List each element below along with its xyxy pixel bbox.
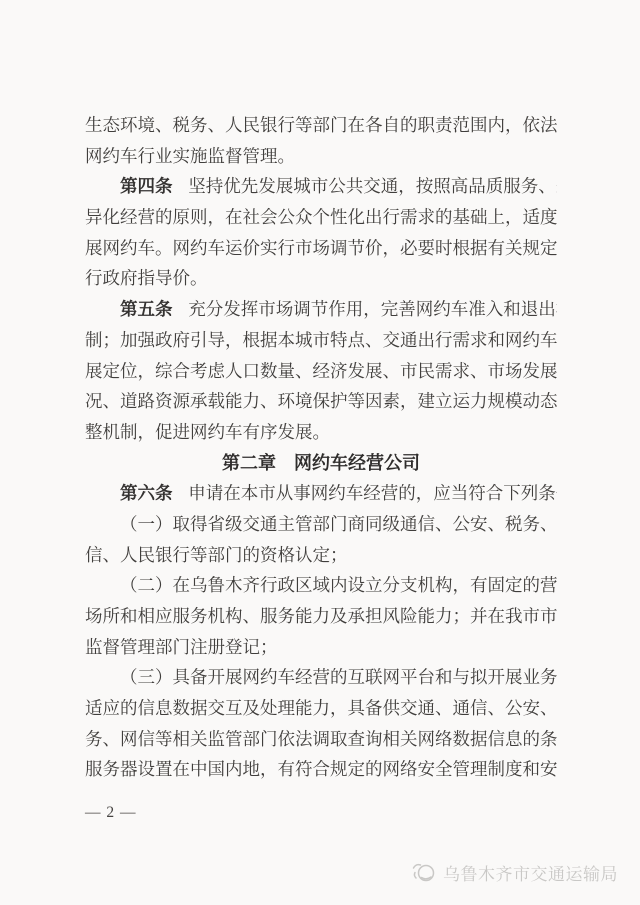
text-line: 适应的信息数据交互及处理能力，具备供交通、通信、公安、税 xyxy=(85,693,557,724)
document-lines: 生态环境、税务、人民银行等部门在各自的职责范围内，依法对网约车行业实施监督管理。… xyxy=(85,110,557,785)
document-page: 生态环境、税务、人民银行等部门在各自的职责范围内，依法对网约车行业实施监督管理。… xyxy=(0,0,640,905)
document-body: 生态环境、税务、人民银行等部门在各自的职责范围内，依法对网约车行业实施监督管理。… xyxy=(85,110,557,785)
watermark-text: 乌鲁木齐市交通运输局 xyxy=(443,860,618,885)
article-label: 第六条 xyxy=(120,483,173,503)
text-line: 务、网信等相关监管部门依法调取查询相关网络数据信息的条件， xyxy=(85,724,557,755)
page-number: — 2 — xyxy=(85,804,137,822)
text-line: 展定位，综合考虑人口数量、经济发展、市民需求、市场发展状 xyxy=(85,356,557,387)
text-line: 异化经营的原则，在社会公众个性化出行需求的基础上，适度发 xyxy=(85,202,557,233)
text-line: 第四条坚持优先发展城市公共交通，按照高品质服务、差 xyxy=(85,171,557,202)
chapter-heading: 第二章 网约车经营公司 xyxy=(85,448,557,479)
text-line: 第六条申请在本市从事网约车经营的，应当符合下列条件： xyxy=(85,478,557,509)
line-text: 坚持优先发展城市公共交通，按照高品质服务、差 xyxy=(188,176,557,196)
text-line: 监督管理部门注册登记； xyxy=(85,632,557,663)
text-line: 服务器设置在中国内地，有符合规定的网络安全管理制度和安全 xyxy=(85,754,557,785)
text-line: 生态环境、税务、人民银行等部门在各自的职责范围内，依法对 xyxy=(85,110,557,141)
bureau-logo-icon xyxy=(411,861,438,884)
footer-watermark: 乌鲁木齐市交通运输局 xyxy=(411,860,618,885)
text-line: 场所和相应服务机构、服务能力及承担风险能力；并在我市市场 xyxy=(85,601,557,632)
line-text: 申请在本市从事网约车经营的，应当符合下列条件： xyxy=(188,483,557,503)
text-line: 整机制，促进网约车有序发展。 xyxy=(85,417,557,448)
text-line: 信、人民银行等部门的资格认定； xyxy=(85,540,557,571)
text-line: （一）取得省级交通主管部门商同级通信、公安、税务、网 xyxy=(85,509,557,540)
text-line: 况、道路资源承载能力、环境保护等因素，建立运力规模动态调 xyxy=(85,386,557,417)
text-line: 展网约车。网约车运价实行市场调节价，必要时根据有关规定实 xyxy=(85,233,557,264)
article-label: 第五条 xyxy=(120,299,173,319)
line-text: 充分发挥市场调节作用，完善网约车准入和退出机 xyxy=(188,299,557,319)
article-label: 第四条 xyxy=(120,176,173,196)
text-line: （三）具备开展网约车经营的互联网平台和与拟开展业务相 xyxy=(85,662,557,693)
text-line: 制；加强政府引导，根据本城市特点、交通出行需求和网约车发 xyxy=(85,325,557,356)
text-line: 行政府指导价。 xyxy=(85,263,557,294)
text-line: 网约车行业实施监督管理。 xyxy=(85,141,557,172)
text-line: （二）在乌鲁木齐行政区域内设立分支机构，有固定的营业 xyxy=(85,570,557,601)
text-line: 第五条充分发挥市场调节作用，完善网约车准入和退出机 xyxy=(85,294,557,325)
